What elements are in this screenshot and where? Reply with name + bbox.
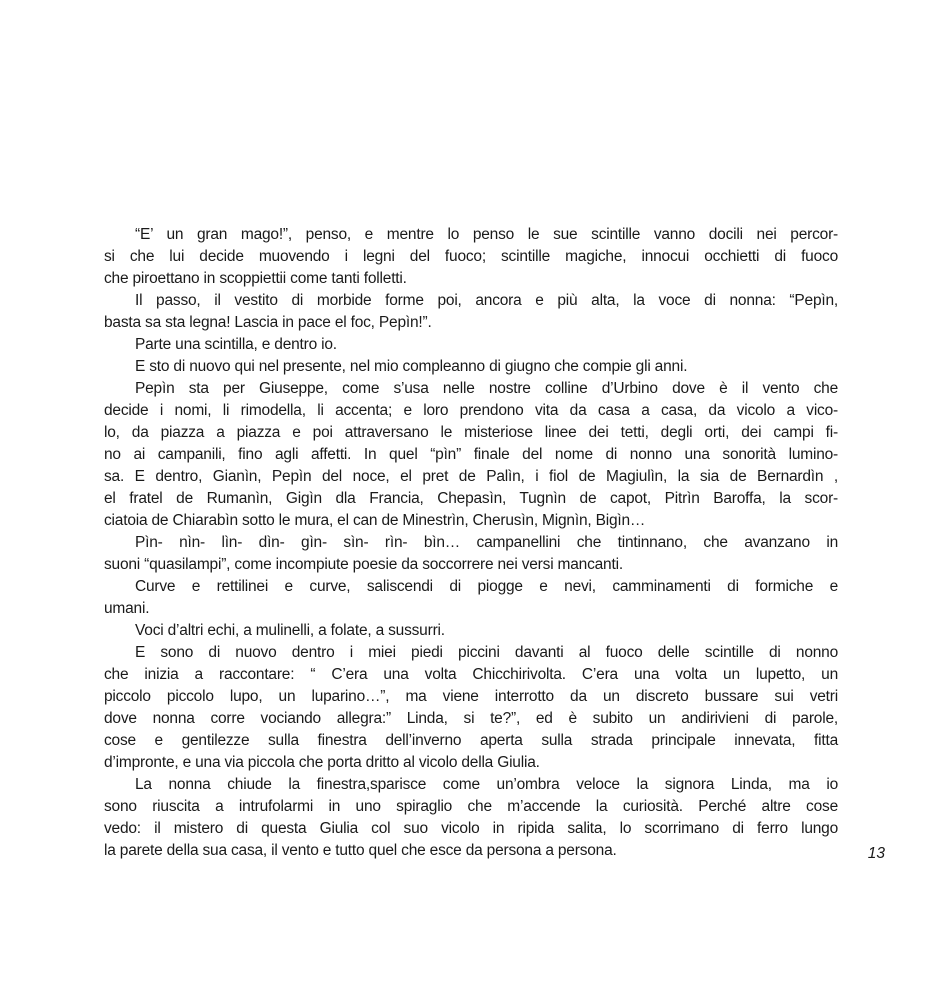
paragraph: Pepìn sta per Giuseppe, come s’usa nelle… — [104, 378, 838, 532]
text-line: d’impronte, e una via piccola che porta … — [104, 752, 838, 774]
paragraph: E sono di nuovo dentro i miei piedi picc… — [104, 642, 838, 774]
paragraph: Parte una scintilla, e dentro io. — [104, 334, 838, 356]
text-line: decide i nomi, li rimodella, li accenta;… — [104, 400, 838, 422]
paragraph: E sto di nuovo qui nel presente, nel mio… — [104, 356, 838, 378]
text-line: piccolo piccolo lupo, un luparino…”, ma … — [104, 686, 838, 708]
text-line: Il passo, il vestito di morbide forme po… — [104, 290, 838, 312]
text-line: Parte una scintilla, e dentro io. — [104, 334, 838, 356]
text-line: la parete della sua casa, il vento e tut… — [104, 840, 838, 862]
text-line: E sono di nuovo dentro i miei piedi picc… — [104, 642, 838, 664]
text-body: “E’ un gran mago!”, penso, e mentre lo p… — [104, 224, 838, 862]
book-page: “E’ un gran mago!”, penso, e mentre lo p… — [0, 0, 942, 1000]
text-line: el fratel de Rumanìn, Gigìn dla Francia,… — [104, 488, 838, 510]
text-line: lo, da piazza a piazza e poi attraversan… — [104, 422, 838, 444]
text-line: Pepìn sta per Giuseppe, come s’usa nelle… — [104, 378, 838, 400]
text-line: La nonna chiude la finestra,sparisce com… — [104, 774, 838, 796]
text-line: sono riuscita a intrufolarmi in uno spir… — [104, 796, 838, 818]
text-line: no ai campanili, fino agli affetti. In q… — [104, 444, 838, 466]
text-line: che inizia a raccontare: “ C’era una vol… — [104, 664, 838, 686]
text-line: umani. — [104, 598, 838, 620]
text-line: che piroettano in scoppiettii come tanti… — [104, 268, 838, 290]
text-line: ciatoia de Chiarabìn sotto le mura, el c… — [104, 510, 838, 532]
text-line: Pìn- nìn- lìn- dìn- gìn- sìn- rìn- bìn… … — [104, 532, 838, 554]
text-line: si che lui decide muovendo i legni del f… — [104, 246, 838, 268]
text-line: basta sa sta legna! Lascia in pace el fo… — [104, 312, 838, 334]
page-number: 13 — [868, 843, 885, 865]
text-line: dove nonna corre vociando allegra:” Lind… — [104, 708, 838, 730]
paragraph: Il passo, il vestito di morbide forme po… — [104, 290, 838, 334]
text-line: cose e gentilezze sulla finestra dell’in… — [104, 730, 838, 752]
text-line: Voci d’altri echi, a mulinelli, a folate… — [104, 620, 838, 642]
text-line: suoni “quasilampi”, come incompiute poes… — [104, 554, 838, 576]
text-line: E sto di nuovo qui nel presente, nel mio… — [104, 356, 838, 378]
paragraph: “E’ un gran mago!”, penso, e mentre lo p… — [104, 224, 838, 290]
text-line: vedo: il mistero di questa Giulia col su… — [104, 818, 838, 840]
paragraph: Curve e rettilinei e curve, saliscendi d… — [104, 576, 838, 620]
paragraph: La nonna chiude la finestra,sparisce com… — [104, 774, 838, 862]
paragraph: Voci d’altri echi, a mulinelli, a folate… — [104, 620, 838, 642]
text-line: sa. E dentro, Gianìn, Pepìn del noce, el… — [104, 466, 838, 488]
text-line: Curve e rettilinei e curve, saliscendi d… — [104, 576, 838, 598]
paragraph: Pìn- nìn- lìn- dìn- gìn- sìn- rìn- bìn… … — [104, 532, 838, 576]
text-line: “E’ un gran mago!”, penso, e mentre lo p… — [104, 224, 838, 246]
